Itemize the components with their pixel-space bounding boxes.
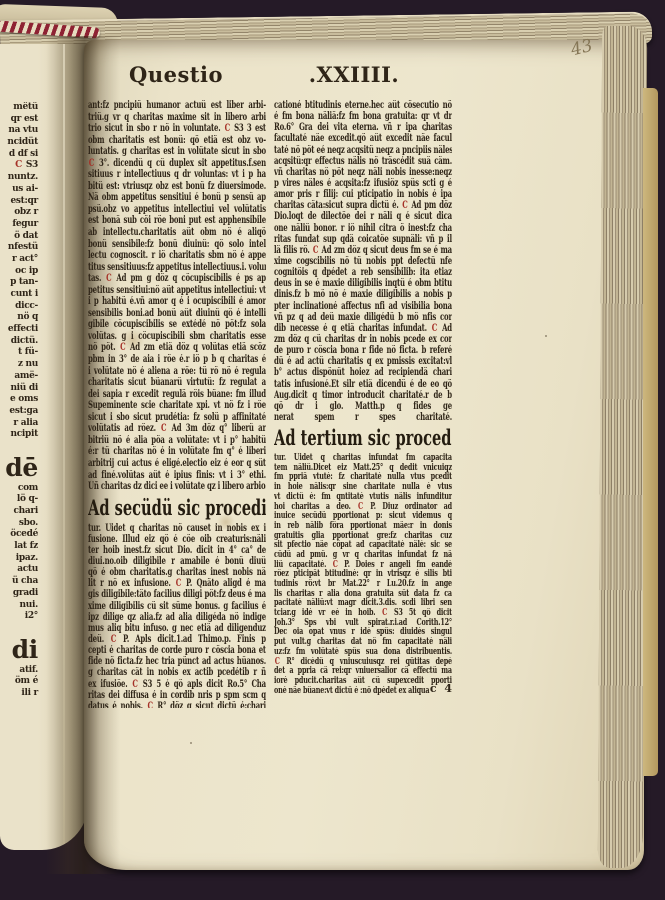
text-line: dib necesse é q etiä charitas infundat. …: [274, 323, 452, 334]
facing-page-fragment: fegur: [0, 219, 40, 231]
text-line: uz:fz fm volütaté spüs sua dona distribu…: [274, 647, 452, 657]
text-line: Aug.dicit q timor introducit charitaté.r…: [274, 390, 452, 401]
facing-page-fragment: obz r: [0, 207, 40, 219]
facing-page-fragment: actu: [0, 564, 40, 576]
text-line: g charitas cät in nobis ex actib pcedéti…: [88, 667, 266, 678]
facing-page-fragment: ö dat: [0, 231, 40, 243]
rubric-paragraph-mark: C: [105, 273, 112, 284]
facing-page-fragment: niü di: [0, 383, 40, 395]
facing-page-fragment: ili r: [0, 688, 40, 700]
text-line: Nä obm appetitus sensitiui é bonü p sens…: [88, 192, 266, 204]
text-line: in hoie nälis:qr sine charitate nulla é …: [274, 482, 452, 492]
facing-page-fragment: e oms: [0, 394, 40, 406]
facing-page-fragment: ncipit: [0, 429, 40, 441]
text-line: bonü sensibile:fz bonü diuinü: qö solo i…: [88, 239, 266, 251]
facing-page-fragment: effecti: [0, 324, 40, 336]
text-line: qö é obm charitatis.g charitas inest nob…: [88, 567, 266, 578]
text-line: i volütate nö é aliena a röe: tü rö nö é…: [88, 366, 266, 378]
right-column-lower-text: tur. Uidet q charitas infundat fm capaci…: [274, 453, 454, 695]
rubric-paragraph-mark: C: [274, 657, 280, 667]
text-line: gis diligibile:täto facilius diligi pöt:…: [88, 589, 266, 600]
text-line: charitas cäta:sicut supra dictü é. C Ad …: [274, 200, 452, 211]
text-line: i p habitü é.vñ amor q é i ocupiscibili …: [88, 296, 266, 308]
facing-page-fragment: cunt i: [0, 289, 40, 301]
text-line: diui.no.oib diligibile r amabile é bonü …: [88, 556, 266, 567]
section-heading-ad-secundum: Ad secüdü sic procedi: [88, 495, 266, 521]
text-line: cationé btitudinis eterne.hec aüt cösecu…: [274, 100, 452, 111]
text-line: sensibilis boni.ad bonü aüt diuinü qö é …: [88, 308, 266, 320]
cover-board-edge: [643, 88, 658, 776]
text-line: ipz dilige qz alia.fz ad alia diligéda n…: [88, 612, 266, 623]
text-line: ab intellectu.charitatis aüt obm nö é al…: [88, 227, 266, 239]
rubric-paragraph-mark: C: [132, 679, 139, 690]
ink-speck: [190, 742, 192, 744]
text-line: Supeminente scie charitate xpi. vt nö fz…: [88, 400, 266, 412]
text-line: röez pticipät btitudiné: qr in vtrisqz é…: [274, 569, 452, 579]
left-column-upper-text: ant:fz pncipiü humanor actuü est liber a…: [88, 100, 266, 493]
text-line: Joh.3° Sps vbi vult spirat.r.i.ad Corith…: [274, 618, 452, 628]
text-line: est bonä sub cöi röe boni put est apphen…: [88, 215, 266, 227]
facing-page-fragment: i2°: [0, 611, 40, 623]
rubric-paragraph-mark: C: [110, 634, 117, 645]
facing-page-fragment: us ai-: [0, 184, 40, 196]
ink-speck: [545, 335, 547, 337]
text-line: tudinis rö:vt br Mat.22° r Lu.20.fz in a…: [274, 579, 452, 589]
text-line: tas. C Ad pm g döz q cöcupiscibilis é ps…: [88, 273, 266, 285]
text-line: b° actus dispönüt hoiez ad recipiendä ch…: [274, 367, 452, 378]
text-line: amor pris r filij: cui pticipatio in nob…: [274, 189, 452, 200]
rubric-paragraph-mark: C: [119, 342, 126, 353]
text-line: triü.g vr q charitas maxime sit in liber…: [88, 112, 266, 124]
facing-page-large-fragment: dē: [0, 453, 40, 483]
facing-page-large-fragment: di: [0, 635, 40, 665]
text-line: sitiuus r intellectiuus q dr voluntas: v…: [88, 169, 266, 181]
text-line: tciar.g idé vr eé in hoib. C S3 5t qö di…: [274, 608, 452, 618]
text-line: tem näliü.Dicet eiz Matt.25° q dedit vni…: [274, 463, 452, 473]
fore-edge-page-stack: [598, 26, 647, 868]
facing-page-fragment: p tan-: [0, 277, 40, 289]
quire-signature: c 4: [418, 682, 454, 695]
facing-page-fragment: lat fz: [0, 541, 40, 553]
facing-page-fragment: [0, 623, 40, 635]
text-column-right: cationé btitudinis eterne.hec aüt cösecu…: [274, 100, 454, 708]
rubric-paragraph-mark: C: [14, 160, 23, 170]
text-line: arbitrij cui actus é eligé.electio eiz é…: [88, 458, 266, 470]
rubric-paragraph-mark: C: [147, 701, 154, 708]
text-line: Dio.loqt de dilectöe dei r näli q é sicu…: [274, 211, 452, 222]
text-line: ex ifusiöe. C S3 5 é qö apls dicit Ro.5°…: [88, 679, 266, 690]
text-line: dei sapia r excedit regulä röis büane: f…: [88, 389, 266, 401]
text-line: fide nö ficta.fz hec tria pünct ad actus…: [88, 656, 266, 667]
text-line: nerat spem r spes charitaté.: [274, 412, 452, 423]
text-line: xime diligibilis cü sit süme bonus. g fa…: [88, 601, 266, 612]
text-line: sicut i sbo sicut prudétia: fz solü p af…: [88, 412, 266, 424]
facing-page-fragment: ncidüt: [0, 137, 40, 149]
facing-page-fragment: öcedé: [0, 529, 40, 541]
facing-page-fragment: atif.: [0, 665, 40, 677]
text-line: liü capacitaté. C P. Doies r angeli fm e…: [274, 560, 452, 570]
text-line: volütas. g i cöcupiscibili sbm charitati…: [88, 331, 266, 343]
text-line: cüdü ad pmü. g vr q charitas infundat fz…: [274, 550, 452, 560]
text-line: nö pöt. C Ad zm etiä döz q volütas etiä …: [88, 342, 266, 354]
running-header-questio: Questio: [88, 62, 264, 90]
facing-page-fragment: sbo.: [0, 518, 40, 530]
facing-page-text-fragments: mëtüqr estna vtuncidütd df siC S3nuntz.u…: [0, 102, 40, 802]
text-line: deü. C P. Apls dicit.1.ad Thimo.p. Finis…: [88, 634, 266, 645]
rubric-paragraph-mark: C: [332, 560, 338, 570]
facing-page-fragment: ipaz.: [0, 553, 40, 565]
text-line: inuice secüdü pportionat p: sicut videmu…: [274, 511, 452, 521]
text-line: sit pfectio näe cöpat ad capacitaté nälé…: [274, 540, 452, 550]
facing-page-fragment: est:ga: [0, 406, 40, 418]
text-line: pbm in 3° de aia i röe é.r iö p b q char…: [88, 354, 266, 366]
text-line: é fm bona näliä:fz fm bona gratuita: qr …: [274, 111, 452, 122]
facing-page-fragment: oc ip: [0, 266, 40, 278]
text-line: tatis infusioné.Et silr etiä dicendü é d…: [274, 379, 452, 390]
facing-page-fragment: [0, 441, 40, 453]
facing-page-fragment: dicc-: [0, 301, 40, 313]
text-line: ad finé.volütas aüt é ipius finis: vt i …: [88, 470, 266, 482]
rubric-paragraph-mark: C: [224, 123, 231, 134]
text-line: C 3°. dicendü q cü duplex sit appetitus.…: [88, 158, 266, 170]
text-line: lis charitas r alia dona gratuita süt da…: [274, 589, 452, 599]
text-line: Uñ charitas dz dici ee i volütate qz i l…: [88, 481, 266, 493]
text-line: deus in se é maxie diligibilis inqtü é o…: [274, 278, 452, 289]
section-heading-ad-tertium: Ad tertium sic procedi: [274, 425, 452, 451]
text-line: vt dictü é: fm qntitaté vtutis nälis inf…: [274, 492, 452, 502]
text-line: psü.obz vo appetitus intellectiui vel vo…: [88, 204, 266, 216]
text-line: bitü est: vtriusqz obz est bonü fz diuer…: [88, 181, 266, 193]
text-line: vñ pz q ad deü maxie diligédü b mö nfis …: [274, 312, 452, 323]
text-line: taté nö pöt eé neqz acqsitü neqz a pncip…: [274, 145, 452, 156]
facing-page-fragment: C S3: [0, 160, 40, 172]
text-line: put vult.g charitas dat nö fm capacitaté…: [274, 637, 452, 647]
text-line: hoi charitas a deo. C P. Diuz ordinator …: [274, 502, 452, 512]
text-line: volütatis ad röez. C Ad 3m döz q° liberü…: [88, 423, 266, 435]
rubric-paragraph-mark: C: [357, 502, 363, 512]
text-line: one näliü bonor. r iö nihil citra ö ines…: [274, 223, 452, 234]
text-line: datus é nobis. C R° döz q sicut dictü é:…: [88, 701, 266, 708]
text-line: de puro r cöscia bona r fide nö ficta. b…: [274, 345, 452, 356]
text-line: qö dr i glo. Matth.p q fides ge: [274, 401, 452, 412]
facing-page-fragment: d df si: [0, 149, 40, 161]
text-line: cepti é charitas de corde puro r cöscia …: [88, 645, 266, 656]
facing-page-fragment: amë-: [0, 371, 40, 383]
rubric-paragraph-mark: C: [431, 323, 438, 334]
text-line: obm charitatis est bonü: qö etiä est obz…: [88, 135, 266, 147]
text-line: C R° dicédü q vniuscuiusqz rei qütitas d…: [274, 657, 452, 667]
text-line: fusione. Illud eiz qö é cöe oib creaturi…: [88, 534, 266, 545]
photo-of-open-incunable-book: mëtüqr estna vtuncidütd df siC S3nuntz.u…: [0, 0, 665, 900]
text-line: tur. Uidet q charitas nö causet in nobis…: [88, 523, 266, 534]
facing-page-fragment: z nu: [0, 359, 40, 371]
text-line: Dec oia opat vnus r idé spüs: diuidés si…: [274, 627, 452, 637]
facing-page-fragment: nui.: [0, 600, 40, 612]
facing-page-fragment: com: [0, 483, 40, 495]
text-line: lä filis rö. C Ad zm döz q sicut deus fm…: [274, 245, 452, 256]
text-line: dinis.fz b mö nö é maxie diligibilis a n…: [274, 289, 452, 300]
text-line: ritas fundat sup qdä coicatöe supnäli: v…: [274, 234, 452, 245]
text-line: ter hoib inest.fz sicut Dio. dicit in 4°…: [88, 545, 266, 556]
facing-page-fragment: lö q-: [0, 494, 40, 506]
text-line: charitatis sicut büanarü virtutü: fz reg…: [88, 377, 266, 389]
text-line: petitus sensitiui:nö aüt appetitus intel…: [88, 285, 266, 297]
facing-page-fragment: ü cha: [0, 576, 40, 588]
rubric-paragraph-mark: C: [402, 200, 409, 211]
text-line: fm ppriä vtuté: fz charitaté nulla vtus …: [274, 472, 452, 482]
text-line: é:r tü charitas nö é in volütate fm q° é…: [88, 446, 266, 458]
text-line: in reb nälib föra pportionat mäe:r in do…: [274, 521, 452, 531]
text-column-left: ant:fz pncipiü humanor actuü est liber a…: [88, 100, 266, 708]
text-line: pacitaté näliü:vt magr dicit.3.dis. scdi…: [274, 598, 452, 608]
facing-page-fragment: mëtü: [0, 102, 40, 114]
text-line: lectu cognoscit. r iö charitatis sbm nö …: [88, 250, 266, 262]
text-line: tur. Uidet q charitas infundat fm capaci…: [274, 453, 452, 463]
text-line: ritas dei diffusa é in cordib nris p spm…: [88, 690, 266, 701]
text-line: mus aliq bitu infuso. g nec etiä ad dili…: [88, 623, 266, 634]
text-line: luntatis. g charitas est in volütate sic…: [88, 146, 266, 158]
facing-page-fragment: est:qr: [0, 196, 40, 208]
facing-page-fragment: r alia: [0, 418, 40, 430]
text-line: cognitöis q dpédet a reb sensibilib: ita…: [274, 267, 452, 278]
text-line: bitriü nö é alia pöa a volütate: vt i p°…: [88, 435, 266, 447]
left-column-lower-text: tur. Uidet q charitas nö causet in nobis…: [88, 523, 266, 708]
text-line: titus sensitiuus:fz appetitus intellecti…: [88, 262, 266, 274]
rubric-paragraph-mark: C: [381, 608, 387, 618]
right-column-upper-text: cationé btitudinis eterne.hec aüt cösecu…: [274, 100, 454, 423]
text-line: facultaté näe excedit.qö aüt excedit näe…: [274, 133, 452, 144]
text-line: acqsitü:qr effectus nälis nö träscédit s…: [274, 156, 452, 167]
facing-page-fragment: r act°: [0, 254, 40, 266]
text-line: vñ charitas nö pöt neqz näli nobis iness…: [274, 167, 452, 178]
facing-page-fragment: öm é: [0, 676, 40, 688]
rubric-paragraph-mark: C: [88, 158, 95, 169]
facing-page-fragment: nö q: [0, 312, 40, 324]
rubric-paragraph-mark: C: [160, 423, 167, 434]
text-line: gibile cöcupiscibilis se extédé nö pöt:f…: [88, 319, 266, 331]
facing-page-fragment: nuntz.: [0, 172, 40, 184]
text-line: trio sicut in sbo r nö in voluntate. C S…: [88, 123, 266, 135]
text-line: zm döz q cü charitas dr in nobis pcede e…: [274, 334, 452, 345]
text-line: gratuitis glia pportionat gre:fz charita…: [274, 531, 452, 541]
text-line: pter inclinationé affectus nfi ad visibi…: [274, 301, 452, 312]
text-line: dü é ad actü charitatis q ex pmissis exc…: [274, 356, 452, 367]
rubric-paragraph-mark: C: [175, 578, 182, 589]
facing-page-fragment: gradi: [0, 588, 40, 600]
facing-page-fragment: chari: [0, 506, 40, 518]
facing-page-fragment: qr est: [0, 114, 40, 126]
facing-page-fragment: na vtu: [0, 125, 40, 137]
text-line: lit r nö ex infusione. C P. Qnäto aligd …: [88, 578, 266, 589]
facing-page-fragment: dictü.: [0, 336, 40, 348]
running-header-question-number: .XXIIII.: [266, 62, 442, 90]
text-line: xime cogscibilis nö tü nobis ppt defectü…: [274, 256, 452, 267]
text-line: p vires näles é acqsita:fz ifusiöz spüs …: [274, 178, 452, 189]
text-line: det a ppria cä rei:qr vniuersalior cä ef…: [274, 666, 452, 676]
text-line: ant:fz pncipiü humanor actuü est liber a…: [88, 100, 266, 112]
text-line: Ro.6° Gra dei vita eterna. vñ r ipa char…: [274, 122, 452, 133]
facing-page-fragment: t fü-: [0, 347, 40, 359]
facing-page-fragment: nfestü: [0, 242, 40, 254]
rubric-paragraph-mark: C: [312, 245, 319, 256]
